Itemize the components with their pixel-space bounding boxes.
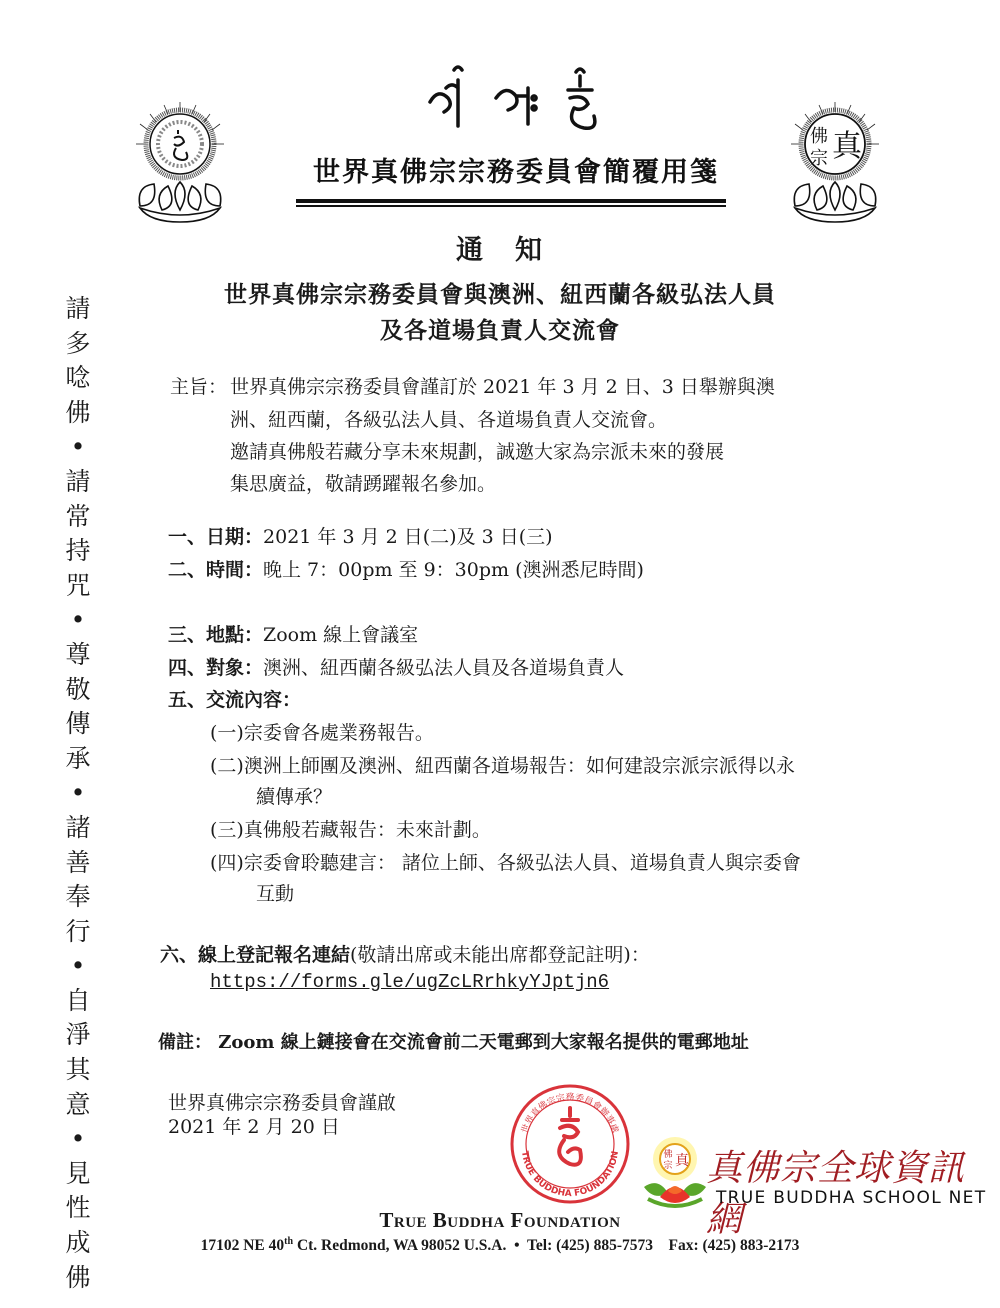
registration: 六、線上登記報名連結(敬請出席或未能出席都登記註明)： [160, 940, 650, 967]
side-char: 見 [58, 1157, 98, 1192]
side-char: 敬 [58, 673, 98, 708]
signature-date: 2021 年 2 月 20 日 [168, 1112, 340, 1139]
letterhead-title: 世界真佛宗宗務委員會簡覆用箋 [296, 150, 736, 189]
content-point-1: (一)宗委會各處業務報告。 [210, 718, 434, 745]
side-char: 善 [58, 846, 98, 881]
subject-line-1: 世界真佛宗宗務委員會與澳洲、紐西蘭各級弘法人員 [0, 276, 1000, 309]
item-time: 二、時間：晚上 7：00pm 至 9：30pm (澳洲悉尼時間) [168, 555, 644, 582]
footer-address-sup: th [284, 1236, 293, 1247]
svg-text:真: 真 [675, 1152, 690, 1169]
purpose-line: 邀請真佛般若藏分享未來規劃，誠邀大家為宗派未來的發展 [230, 437, 724, 464]
svg-text:TRUE BUDDHA FOUNDATION: TRUE BUDDHA FOUNDATION [519, 1150, 621, 1199]
side-char: 常 [58, 500, 98, 535]
purpose-line: 世界真佛宗宗務委員會謹訂於 2021 年 3 月 2 日、3 日舉辦與澳 [230, 372, 775, 399]
content-point-2-cont: 續傳承？ [256, 782, 332, 809]
item-location-label: 三、地點： [168, 624, 263, 646]
side-motto: 請 多 唸 佛 • 請 常 持 咒 • 尊 敬 傳 承 • 諸 善 奉 行 • … [58, 292, 98, 1295]
side-char: 咒 [58, 569, 98, 604]
side-char: 意 [58, 1088, 98, 1123]
side-char: • [58, 603, 98, 638]
side-char: 傳 [58, 707, 98, 742]
item-date-label: 一、日期： [168, 526, 263, 548]
mantra-wheel-lotus-icon [130, 100, 230, 230]
item-location-value: Zoom 線上會議室 [263, 624, 418, 646]
content-point-2: (二)澳洲上師團及澳洲、紐西蘭各道場報告：如何建設宗派宗派得以永 [210, 751, 795, 778]
svg-text:宗: 宗 [663, 1159, 672, 1171]
true-buddha-lotus-emblem-icon: 佛 宗 真 [785, 100, 885, 230]
item-time-label: 二、時間： [168, 559, 263, 581]
svg-text:宗: 宗 [810, 148, 828, 169]
side-char: 持 [58, 534, 98, 569]
footer-address-street: 17102 NE 40 [201, 1237, 285, 1254]
item-content: 五、交流內容： [168, 685, 301, 712]
item-location: 三、地點：Zoom 線上會議室 [168, 620, 418, 647]
item-audience-label: 四、對象： [168, 657, 263, 679]
side-char: 佛 [58, 396, 98, 431]
side-char: 請 [58, 465, 98, 500]
svg-text:真: 真 [832, 129, 863, 164]
item-audience-value: 澳洲、紐西蘭各級弘法人員及各道場負責人 [263, 657, 624, 679]
side-char: 其 [58, 1053, 98, 1088]
remark: 備註： Zoom 線上鏈接會在交流會前二天電郵到大家報名提供的電郵地址 [158, 1028, 749, 1054]
footer-address: 17102 NE 40th Ct. Redmond, WA 98052 U.S.… [0, 1236, 1000, 1255]
letterhead-divider [296, 199, 726, 207]
content-point-4-cont: 互動 [256, 879, 294, 906]
side-char: • [58, 949, 98, 984]
purpose-line: 集思廣益，敬請踴躍報名參加。 [230, 469, 496, 496]
purpose-label: 主旨： [170, 372, 227, 399]
remark-label: 備註： [158, 1032, 212, 1053]
svg-text:佛: 佛 [810, 126, 828, 147]
tibetan-mantra-icon [418, 62, 618, 132]
side-char: 淨 [58, 1018, 98, 1053]
side-char: 諸 [58, 811, 98, 846]
item-date: 一、日期：2021 年 3 月 2 日(二)及 3 日(三) [168, 522, 553, 549]
side-char: • [58, 1122, 98, 1157]
side-char: 行 [58, 915, 98, 950]
registration-label: 六、線上登記報名連結 [160, 944, 350, 966]
footer-address-contact: Ct. Redmond, WA 98052 U.S.A. • Tel: (425… [293, 1237, 799, 1254]
registration-link[interactable]: https://forms.gle/ugZcLRrhkyYJptjn6 [210, 971, 609, 993]
notice-heading: 通知 [0, 228, 1000, 267]
footer-organization: True Buddha Foundation [0, 1208, 1000, 1233]
foundation-seal-icon: 世界真佛宗宗務委員會辦事處 TRUE BUDDHA FOUNDATION [508, 1082, 632, 1206]
remark-text: Zoom 線上鏈接會在交流會前二天電郵到大家報名提供的電郵地址 [212, 1032, 749, 1053]
svg-text:佛: 佛 [663, 1148, 672, 1160]
item-audience: 四、對象：澳洲、紐西蘭各級弘法人員及各道場負責人 [168, 653, 624, 680]
item-date-value: 2021 年 3 月 2 日(二)及 3 日(三) [263, 526, 553, 548]
subject-line-2: 及各道場負責人交流會 [0, 312, 1000, 345]
item-content-label: 五、交流內容： [168, 689, 301, 711]
side-char: 尊 [58, 638, 98, 673]
content-point-4: (四)宗委會聆聽建言： 諸位上師、各級弘法人員、道場負責人與宗委會 [210, 848, 801, 875]
tbsn-lotus-logo-icon: 佛 宗 真 [640, 1135, 710, 1210]
tbsn-english-title: TRUE BUDDHA SCHOOL NET [716, 1188, 986, 1208]
purpose-line: 洲、紐西蘭，各級弘法人員、各道場負責人交流會。 [230, 405, 667, 432]
content-point-3: (三)真佛般若藏報告：未來計劃。 [210, 815, 491, 842]
registration-note: (敬請出席或未能出席都登記註明)： [350, 944, 650, 966]
side-char: 自 [58, 984, 98, 1019]
side-char: • [58, 430, 98, 465]
item-time-value: 晚上 7：00pm 至 9：30pm (澳洲悉尼時間) [263, 559, 644, 581]
side-char: 唸 [58, 361, 98, 396]
side-char: • [58, 776, 98, 811]
side-char: 奉 [58, 880, 98, 915]
side-char: 佛 [58, 1261, 98, 1296]
side-char: 承 [58, 742, 98, 777]
signature-org: 世界真佛宗宗務委員會謹啟 [168, 1088, 396, 1115]
